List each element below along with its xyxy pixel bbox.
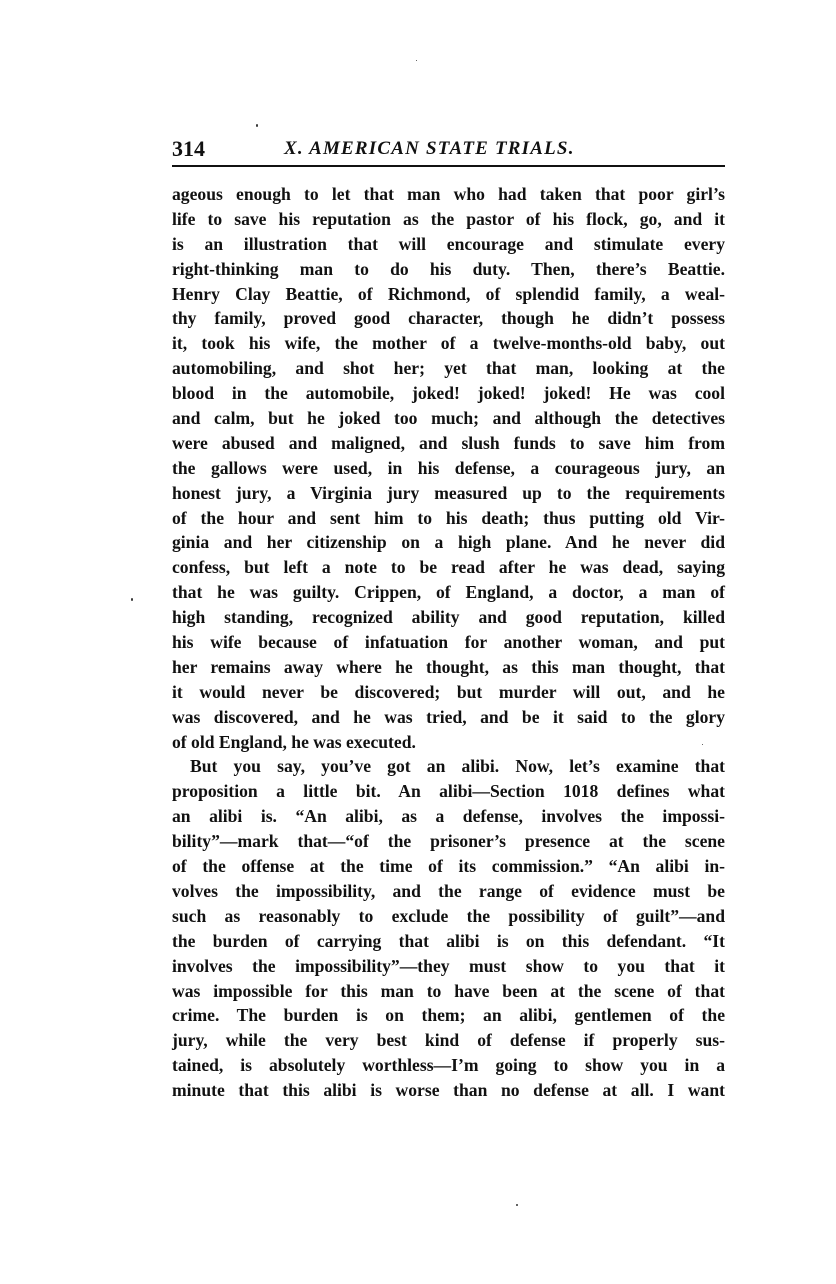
text-line: it would never be discovered; but murder… bbox=[172, 680, 725, 705]
text-line: an alibi is. “An alibi, as a defense, in… bbox=[172, 804, 725, 829]
text-line: jury, while the very best kind of defens… bbox=[172, 1028, 725, 1053]
scan-speck bbox=[131, 598, 133, 601]
text-line: tained, is absolutely worthless—I’m goin… bbox=[172, 1053, 725, 1078]
text-line: bility”—mark that—“of the prisoner’s pre… bbox=[172, 829, 725, 854]
text-line: honest jury, a Virginia jury measured up… bbox=[172, 481, 725, 506]
text-line: her remains away where he thought, as th… bbox=[172, 655, 725, 680]
text-line: of the offense at the time of its commis… bbox=[172, 854, 725, 879]
text-line: the burden of carrying that alibi is on … bbox=[172, 929, 725, 954]
text-line: proposition a little bit. An alibi—Secti… bbox=[172, 779, 725, 804]
scan-speck bbox=[256, 124, 258, 127]
text-line: thy family, proved good character, thoug… bbox=[172, 306, 725, 331]
body-text: ageous enough to let that man who had ta… bbox=[172, 182, 725, 1103]
text-line: life to save his reputation as the pasto… bbox=[172, 207, 725, 232]
text-line: of the hour and sent him to his death; t… bbox=[172, 506, 725, 531]
scan-speck bbox=[516, 1204, 518, 1206]
text-line: volves the impossibility, and the range … bbox=[172, 879, 725, 904]
text-line: blood in the automobile, joked! joked! j… bbox=[172, 381, 725, 406]
text-line: is an illustration that will encourage a… bbox=[172, 232, 725, 257]
scan-speck bbox=[416, 60, 417, 61]
text-line: minute that this alibi is worse than no … bbox=[172, 1078, 725, 1103]
running-header: 314 X. AMERICAN STATE TRIALS. bbox=[172, 134, 725, 164]
text-line: Henry Clay Beattie, of Richmond, of sple… bbox=[172, 282, 725, 307]
page-number: 314 bbox=[172, 134, 205, 164]
paragraph-start-line: But you say, you’ve got an alibi. Now, l… bbox=[172, 754, 725, 779]
text-line: right-thinking man to do his duty. Then,… bbox=[172, 257, 725, 282]
text-line: and calm, but he joked too much; and alt… bbox=[172, 406, 725, 431]
text-line: ageous enough to let that man who had ta… bbox=[172, 182, 725, 207]
header-rule bbox=[172, 165, 725, 167]
paragraph-end-line: of old England, he was executed. bbox=[172, 730, 725, 755]
text-line: his wife because of infatuation for anot… bbox=[172, 630, 725, 655]
running-title: X. AMERICAN STATE TRIALS. bbox=[284, 134, 575, 164]
text-line: confess, but left a note to be read afte… bbox=[172, 555, 725, 580]
text-line: involves the impossibility”—they must sh… bbox=[172, 954, 725, 979]
text-line: was impossible for this man to have been… bbox=[172, 979, 725, 1004]
text-line: were abused and maligned, and slush fund… bbox=[172, 431, 725, 456]
text-line: automobiling, and shot her; yet that man… bbox=[172, 356, 725, 381]
text-line: crime. The burden is on them; an alibi, … bbox=[172, 1003, 725, 1028]
text-line: such as reasonably to exclude the possib… bbox=[172, 904, 725, 929]
text-line: high standing, recognized ability and go… bbox=[172, 605, 725, 630]
text-line: was discovered, and he was tried, and be… bbox=[172, 705, 725, 730]
text-line: the gallows were used, in his defense, a… bbox=[172, 456, 725, 481]
scan-speck bbox=[702, 744, 703, 745]
book-page: 314 X. AMERICAN STATE TRIALS. ageous eno… bbox=[0, 0, 836, 1284]
text-line: it, took his wife, the mother of a twelv… bbox=[172, 331, 725, 356]
text-line: ginia and her citizenship on a high plan… bbox=[172, 530, 725, 555]
text-line: that he was guilty. Crippen, of England,… bbox=[172, 580, 725, 605]
